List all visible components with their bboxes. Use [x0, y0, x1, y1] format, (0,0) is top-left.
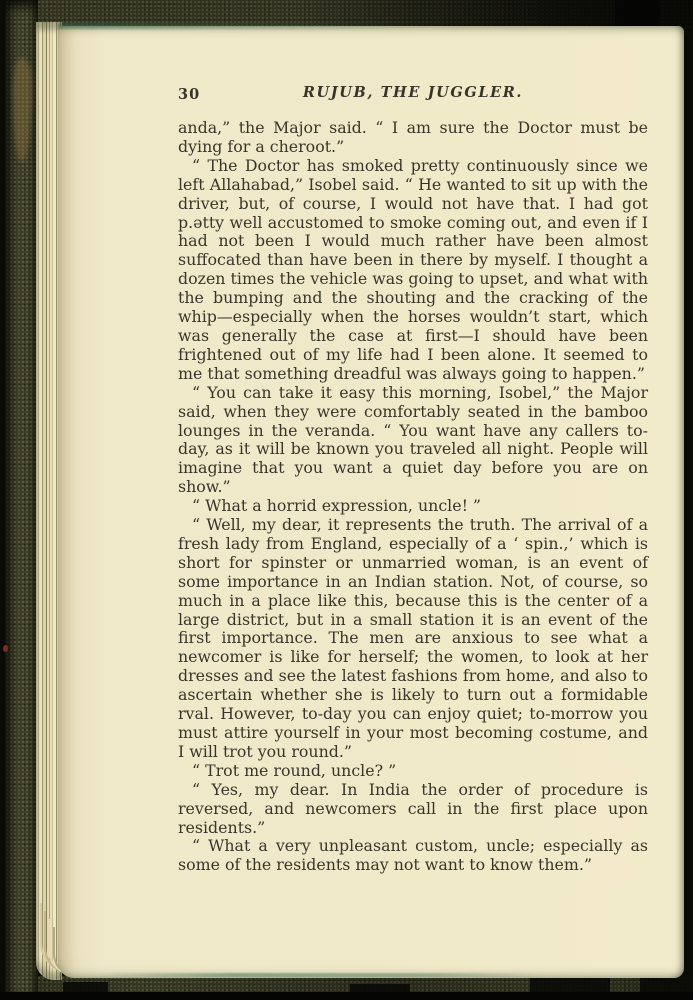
paragraph: “ What a very unpleasant custom, uncle; …: [178, 837, 648, 875]
book-page: 30 RUJUB, THE JUGGLER. anda,” the Major …: [58, 26, 684, 978]
paragraph: “ The Doctor has smoked pretty continuou…: [178, 157, 648, 384]
page-top-edge-tint: [58, 23, 448, 29]
background-bottom-band: [0, 992, 693, 1000]
paragraph: “ Well, my dear, it represents the truth…: [178, 516, 648, 762]
paragraph: anda,” the Major said. “ I am sure the D…: [178, 119, 648, 157]
red-speck: [3, 645, 8, 652]
paragraph: “ Trot me round, uncle? ”: [178, 762, 648, 781]
book-scan: 30 RUJUB, THE JUGGLER. anda,” the Major …: [0, 0, 693, 1000]
body-text: anda,” the Major said. “ I am sure the D…: [178, 119, 648, 875]
page-bottom-edge-tint: [100, 973, 540, 977]
paragraph: “ Yes, my dear. In India the order of pr…: [178, 781, 648, 838]
page-header: 30 RUJUB, THE JUGGLER.: [178, 84, 648, 106]
running-title: RUJUB, THE JUGGLER.: [178, 84, 648, 101]
paragraph: “ What a horrid expression, uncle! ”: [178, 497, 648, 516]
paragraph: “ You can take it easy this morning, Iso…: [178, 384, 648, 497]
